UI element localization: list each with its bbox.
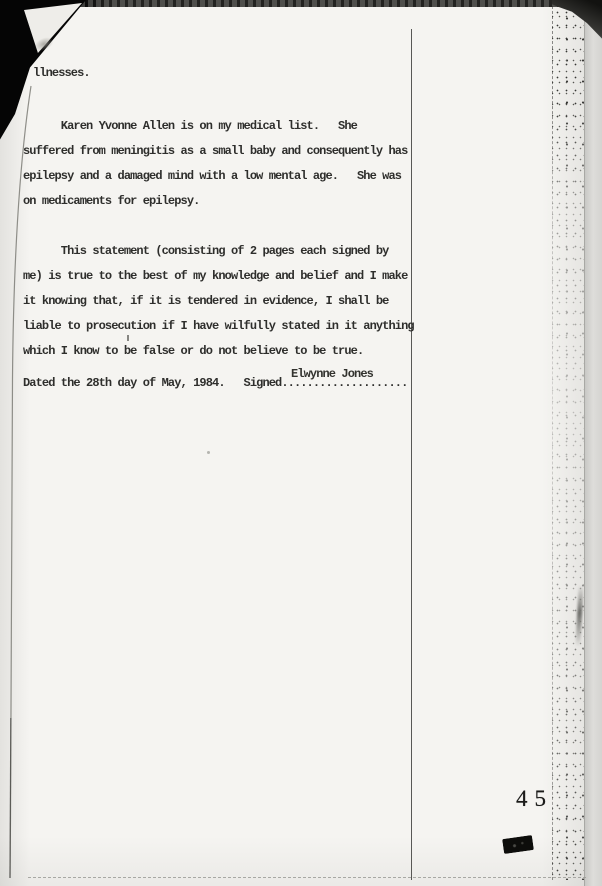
statement-fragment-line: llnesses.	[33, 61, 90, 86]
statement-line: This statement (consisting of 2 pages ea…	[23, 239, 414, 264]
statement-paragraph-declaration: This statement (consisting of 2 pages ea…	[23, 239, 414, 364]
statement-line: epilepsy and a damaged mind with a low m…	[23, 164, 407, 189]
statement-line: it knowing that, if it is tendered in ev…	[23, 289, 414, 314]
bottom-edge-dashed-line	[28, 877, 586, 878]
statement-line: Karen Yvonne Allen is on my medical list…	[23, 114, 407, 139]
vertical-margin-rule	[411, 29, 412, 880]
scan-top-edge-strip	[0, 0, 602, 7]
page-number-stamp: 45	[516, 786, 553, 812]
statement-paragraph-medical: Karen Yvonne Allen is on my medical list…	[23, 114, 407, 214]
statement-line: which I know to be false or do not belie…	[23, 339, 414, 364]
statement-line: on medicaments for epilepsy.	[23, 189, 407, 214]
statement-line: liable to prosecution if I have wilfully…	[23, 314, 414, 339]
redaction-mark	[502, 835, 534, 854]
ink-speck	[207, 451, 210, 454]
signature-name: Elwynne Jones	[291, 368, 373, 381]
statement-line: suffered from meningitis as a small baby…	[23, 139, 407, 164]
statement-line: me) is true to the best of my knowledge …	[23, 264, 414, 289]
right-edge-speckles	[552, 6, 585, 880]
right-page-edge-band	[584, 0, 602, 886]
scanned-statement-page: llnesses. Karen Yvonne Allen is on my me…	[0, 0, 602, 886]
